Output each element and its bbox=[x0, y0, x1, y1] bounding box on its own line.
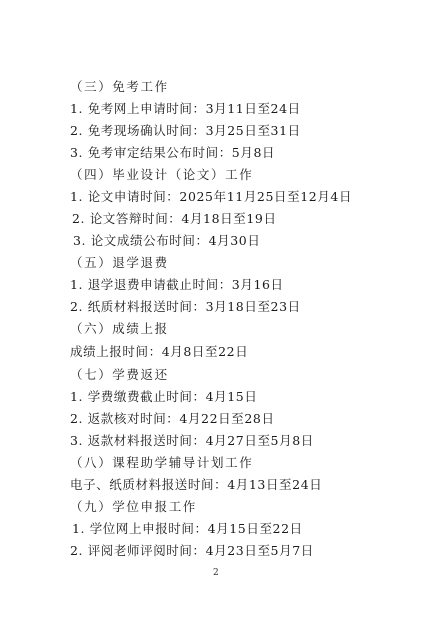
section-heading-degree: （九）学位申报工作 bbox=[70, 499, 197, 515]
page-number: 2 bbox=[213, 568, 219, 578]
list-item: 1. 免考网上申请时间：3月11日至24日 bbox=[70, 101, 301, 117]
section-heading-withdrawal: （五）退学退费 bbox=[70, 255, 169, 271]
list-item: 2. 免考现场确认时间：3月25日至31日 bbox=[70, 123, 301, 139]
section-heading-thesis: （四）毕业设计（论文）工作 bbox=[70, 167, 253, 183]
list-item: 3. 返款材料报送时间：4月27日至5月8日 bbox=[70, 433, 314, 449]
list-item: 1. 退学退费申请截止时间：3月16日 bbox=[70, 277, 284, 293]
section-heading-refund: （七）学费返还 bbox=[70, 367, 169, 383]
section-heading-tutoring: （八）课程助学辅导计划工作 bbox=[70, 455, 253, 471]
list-item: 3. 论文成绩公布时间：4月30日 bbox=[73, 233, 260, 249]
list-item: 2. 论文答辩时间：4月18日至19日 bbox=[72, 211, 277, 227]
list-item: 1. 学费缴费截止时间：4月15日 bbox=[70, 389, 257, 405]
list-item: 3. 免考审定结果公布时间：5月8日 bbox=[70, 145, 275, 161]
list-item: 成绩上报时间：4月8日至22日 bbox=[70, 344, 248, 360]
section-heading-grades: （六）成绩上报 bbox=[70, 321, 169, 337]
list-item: 2. 评阅老师评阅时间：4月23日至5月7日 bbox=[70, 543, 314, 559]
list-item: 1. 论文申请时间：2025年11月25日至12月4日 bbox=[70, 189, 352, 205]
list-item: 1. 学位网上申报时间：4月15日至22日 bbox=[72, 521, 303, 537]
list-item: 2. 返款核对时间：4月22日至28日 bbox=[70, 411, 275, 427]
list-item: 2. 纸质材料报送时间：3月18日至23日 bbox=[70, 299, 301, 315]
document-page: （三）免考工作 1. 免考网上申请时间：3月11日至24日 2. 免考现场确认时… bbox=[0, 0, 439, 623]
list-item: 电子、纸质材料报送时间：4月13日至24日 bbox=[70, 477, 322, 493]
section-heading-exemption: （三）免考工作 bbox=[70, 79, 169, 95]
